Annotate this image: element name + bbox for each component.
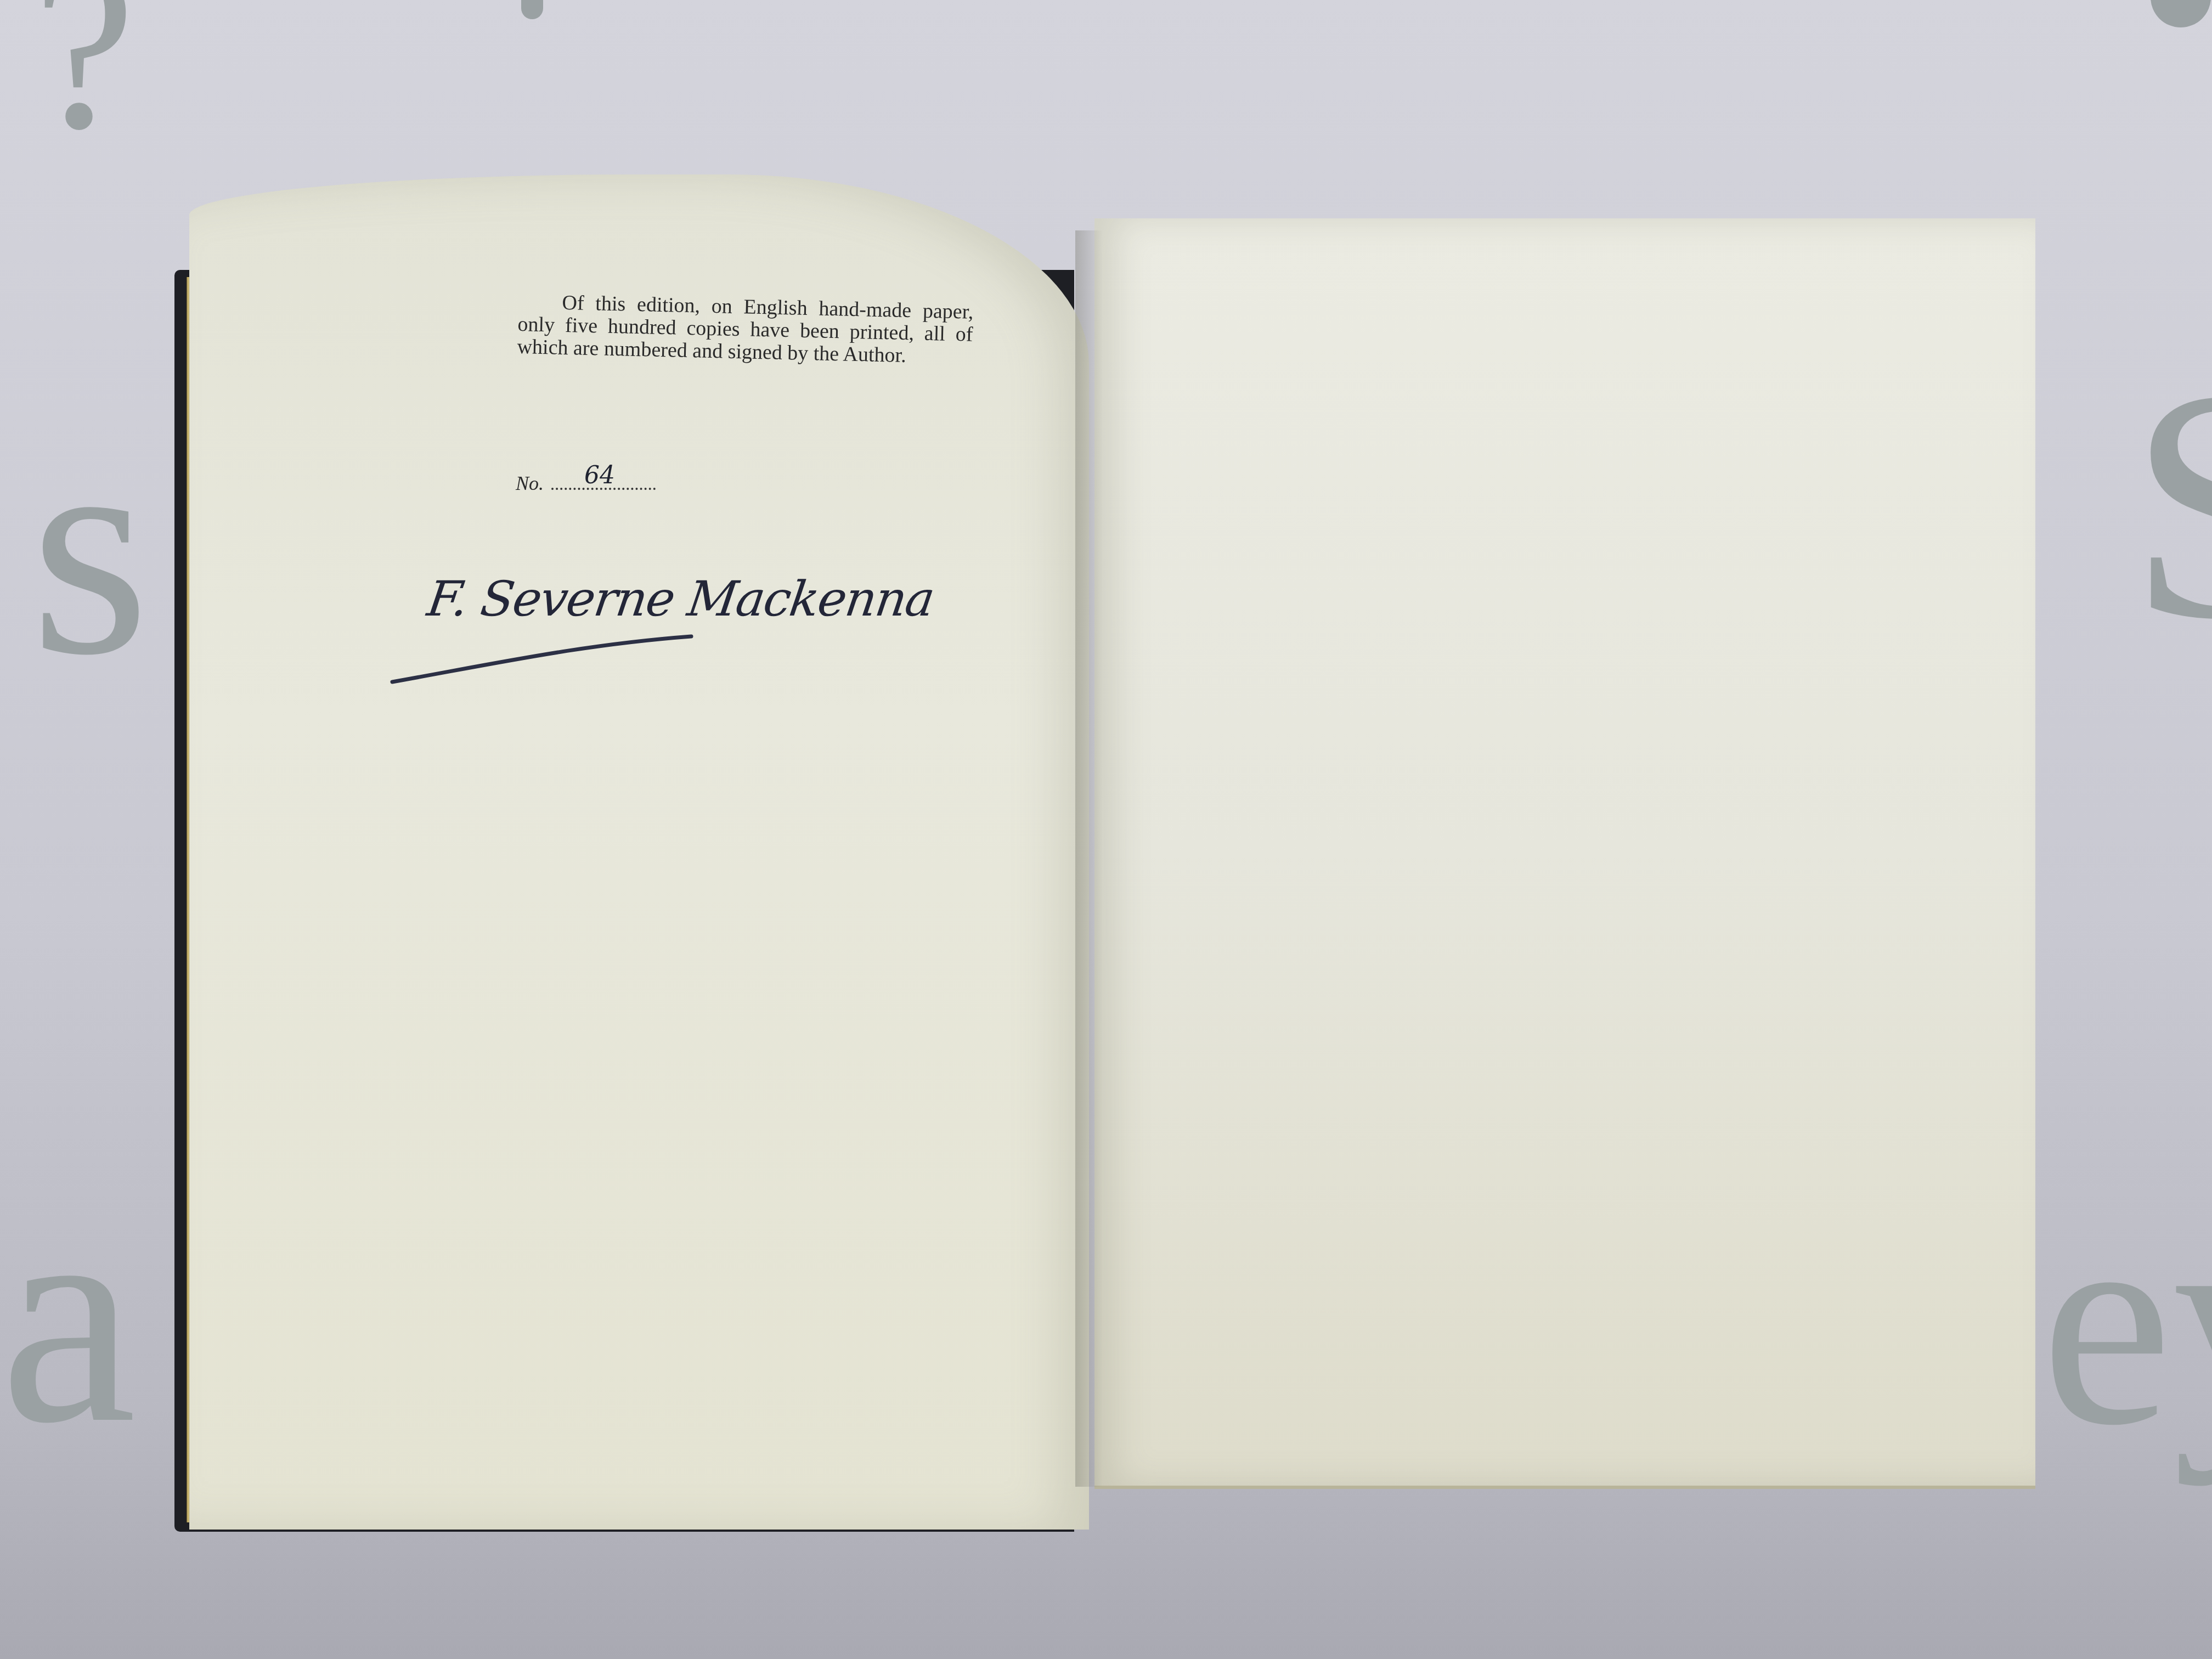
- right-page: [1094, 218, 2035, 1486]
- watermark-mark-top-left: [521, 0, 543, 19]
- watermark-letter-s-top-left: ?: [33, 0, 135, 165]
- left-page: [189, 174, 1089, 1530]
- watermark-letter-s-right: S: [2129, 340, 2212, 669]
- signature-underline-icon: [384, 527, 988, 702]
- author-signature: F. Severne Mackenna: [384, 527, 988, 702]
- watermark-letter-y-right: y: [2172, 1174, 2212, 1470]
- book-gutter: [1075, 230, 1103, 1487]
- watermark-letter-e-right: e: [2041, 1174, 2172, 1470]
- copy-number-dotted-line: 64: [551, 482, 656, 490]
- copy-number-line: No. 64: [516, 472, 656, 495]
- copy-number-label: No.: [516, 472, 544, 495]
- watermark-letter-a-left: a: [0, 1163, 137, 1470]
- watermark-letter-s-left: s: [30, 395, 150, 702]
- copy-number-value: 64: [584, 461, 615, 489]
- limitation-statement: Of this edition, on English hand-made pa…: [517, 291, 974, 369]
- watermark-mark-top-right: [2151, 0, 2211, 27]
